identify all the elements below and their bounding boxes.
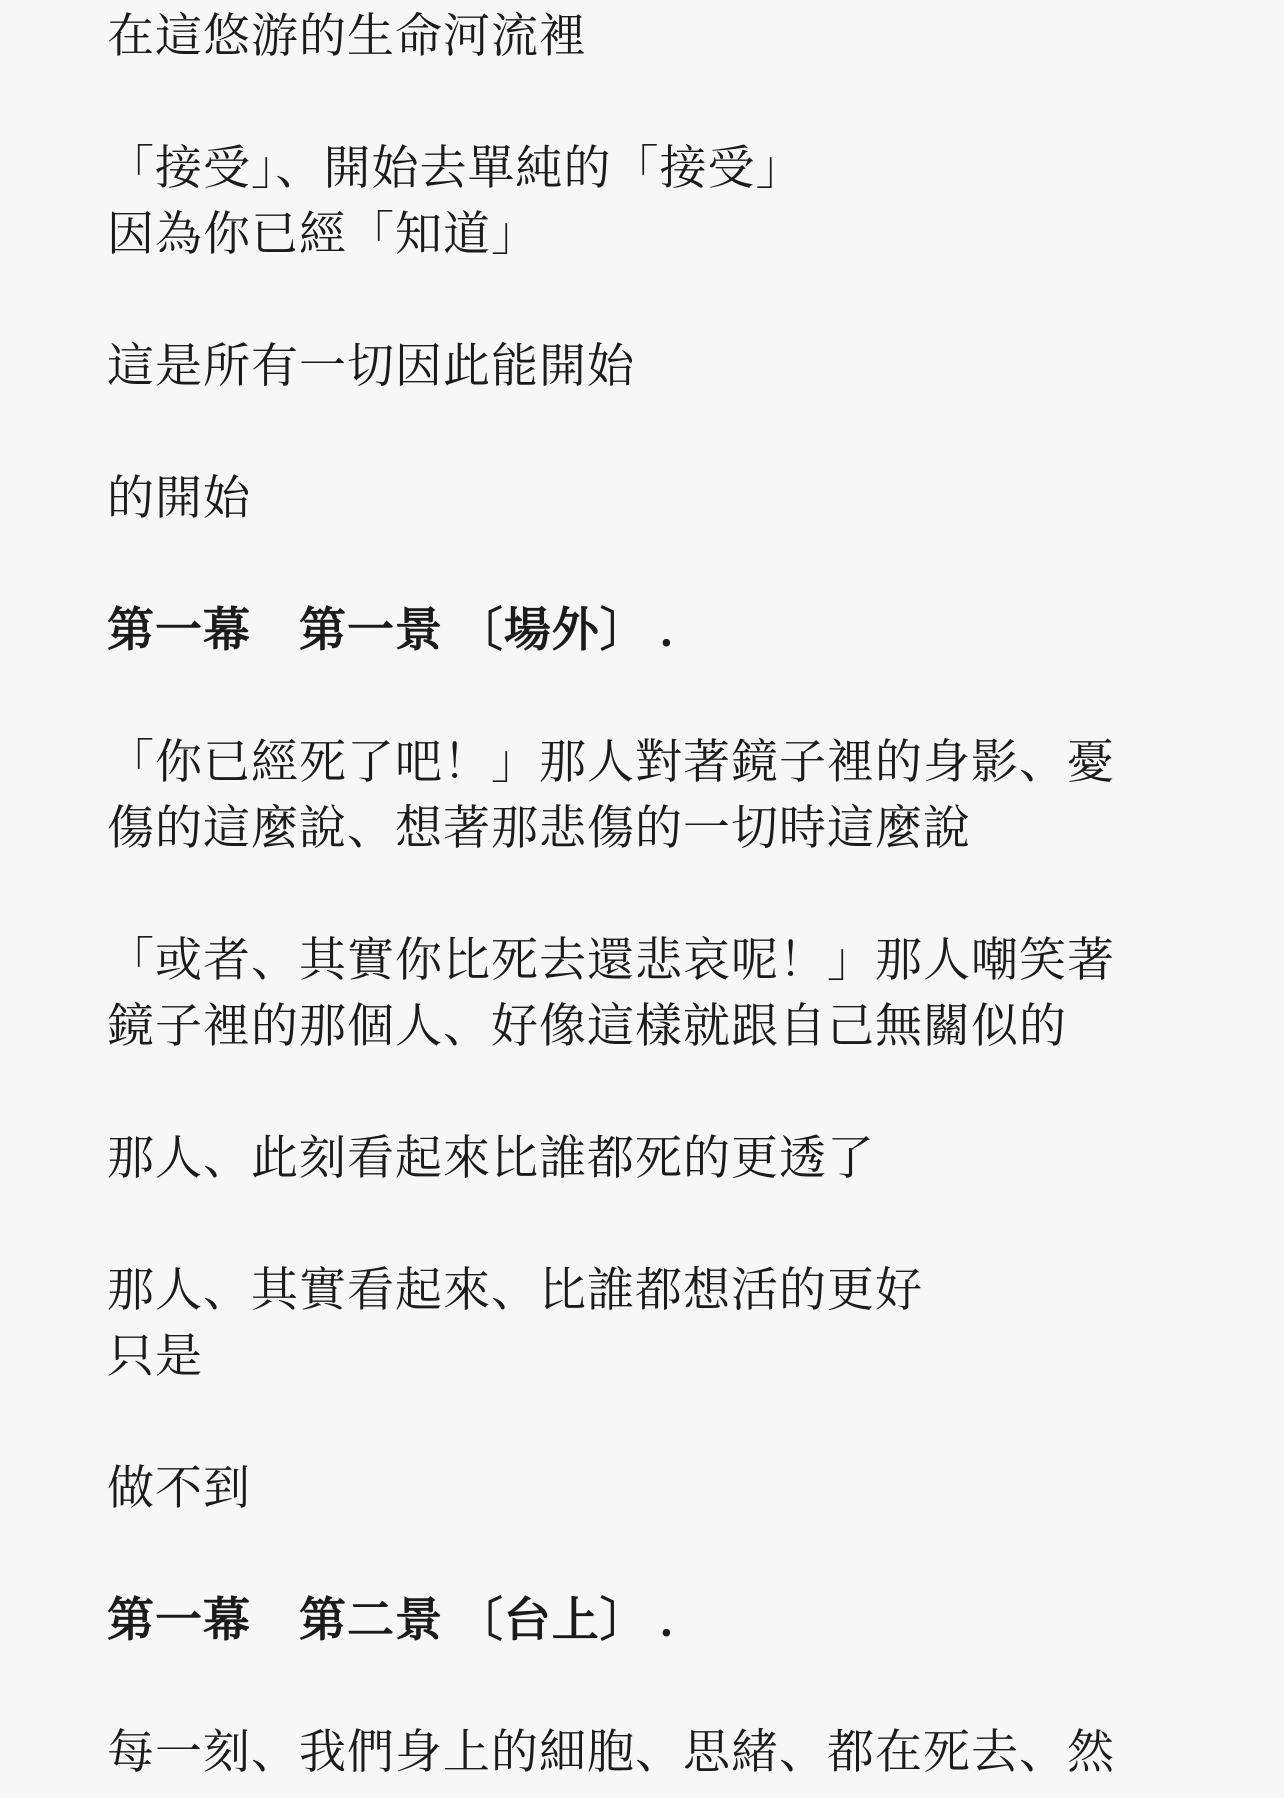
- text-line: 那人、此刻看起來比誰都死的更透了: [107, 1126, 1226, 1192]
- paragraph-you-are-dead: 「你已經死了吧！」那人對著鏡子裡的身影、憂 傷的這麼說、想著那悲傷的一切時這麼說: [107, 730, 1226, 862]
- text-line: 這是所有一切因此能開始: [107, 334, 1226, 400]
- text-line: 鏡子裡的那個人、好像這樣就跟自己無關似的: [107, 994, 1226, 1060]
- paragraph-sadder-than-death: 「或者、其實你比死去還悲哀呢！」那人嘲笑著 鏡子裡的那個人、好像這樣就跟自己無關…: [107, 928, 1226, 1060]
- text-line: 的開始: [107, 466, 1226, 532]
- text-line: 「或者、其實你比死去還悲哀呢！」那人嘲笑著: [107, 928, 1226, 994]
- text-line: 在這悠游的生命河流裡: [107, 4, 1226, 70]
- text-line: 「接受」、開始去單純的「接受」: [107, 136, 1226, 202]
- paragraph-looks-more-dead: 那人、此刻看起來比誰都死的更透了: [107, 1126, 1226, 1192]
- heading-line: 第一幕 第二景 〔台上〕 .: [107, 1588, 1226, 1654]
- paragraph-cannot-do-it: 做不到: [107, 1456, 1226, 1522]
- text-line: 做不到: [107, 1456, 1226, 1522]
- heading-line: 第一幕 第一景 〔場外〕 .: [107, 598, 1226, 664]
- document-page: 在這悠游的生命河流裡 「接受」、開始去單純的「接受」 因為你已經「知道」 這是所…: [0, 0, 1284, 1798]
- text-line: 那人、其實看起來、比誰都想活的更好: [107, 1258, 1226, 1324]
- paragraph-the-beginning: 的開始: [107, 466, 1226, 532]
- scene-heading-act1-scene2: 第一幕 第二景 〔台上〕 .: [107, 1588, 1226, 1654]
- paragraph-every-moment: 每一刻、我們身上的細胞、思緒、都在死去、然: [107, 1720, 1226, 1786]
- text-line: 傷的這麼說、想著那悲傷的一切時這麼說: [107, 796, 1226, 862]
- paragraph-everything-begins: 這是所有一切因此能開始: [107, 334, 1226, 400]
- paragraph-accept: 「接受」、開始去單純的「接受」 因為你已經「知道」: [107, 136, 1226, 268]
- text-line: 「你已經死了吧！」那人對著鏡子裡的身影、憂: [107, 730, 1226, 796]
- paragraph-wants-to-live: 那人、其實看起來、比誰都想活的更好 只是: [107, 1258, 1226, 1390]
- text-line: 因為你已經「知道」: [107, 202, 1226, 268]
- text-line: 每一刻、我們身上的細胞、思緒、都在死去、然: [107, 1720, 1226, 1786]
- text-line: 只是: [107, 1324, 1226, 1390]
- paragraph-river-of-life: 在這悠游的生命河流裡: [107, 4, 1226, 70]
- scene-heading-act1-scene1: 第一幕 第一景 〔場外〕 .: [107, 598, 1226, 664]
